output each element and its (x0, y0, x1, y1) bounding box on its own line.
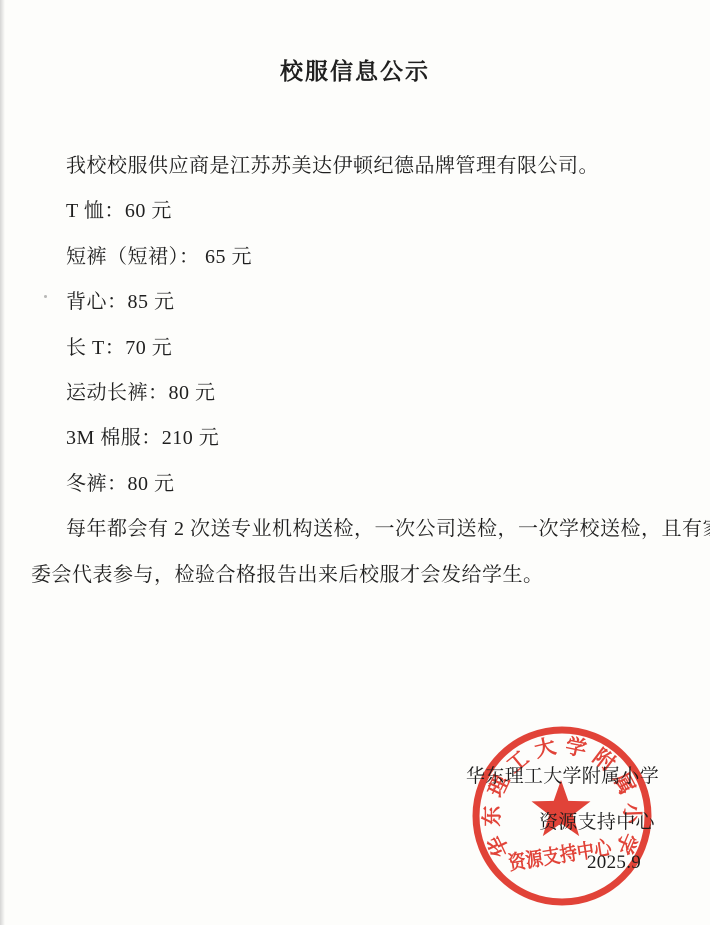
page-title: 校服信息公示 (0, 53, 710, 86)
price-item-tshirt: T 恤：60 元 (31, 189, 683, 234)
price-item-vest: 背心：85 元 (31, 280, 683, 325)
scanned-notice-page: 校服信息公示 我校校服供应商是江苏苏美达伊顿纪德品牌管理有限公司。 T 恤：60… (0, 0, 710, 925)
signature-organization: 华东理工大学附属小学 (466, 761, 659, 788)
intro-paragraph: 我校校服供应商是江苏苏美达伊顿纪德品牌管理有限公司。 (31, 144, 683, 189)
signature-date: 2025.9 (587, 852, 641, 874)
price-item-padded-coat: 3M 棉服：210 元 (31, 416, 683, 461)
price-item-shorts: 短裤（短裙）： 65 元 (31, 235, 683, 280)
price-item-winter-pants: 冬裤：80 元 (31, 462, 683, 507)
inspection-paragraph-line1: 每年都会有 2 次送专业机构送检，一次公司送检，一次学校送检，且有家 (31, 507, 683, 552)
inspection-paragraph-line2: 委会代表参与，检验合格报告出来后校服才会发给学生。 (31, 553, 683, 598)
price-item-long-tee: 长 T：70 元 (31, 326, 683, 371)
notice-body: 我校校服供应商是江苏苏美达伊顿纪德品牌管理有限公司。 T 恤：60 元 短裤（短… (31, 144, 683, 598)
scan-speck (44, 295, 47, 298)
signature-department: 资源支持中心 (539, 807, 655, 834)
scan-edge-shadow (0, 0, 5, 925)
price-item-sport-pants: 运动长裤：80 元 (31, 371, 683, 416)
